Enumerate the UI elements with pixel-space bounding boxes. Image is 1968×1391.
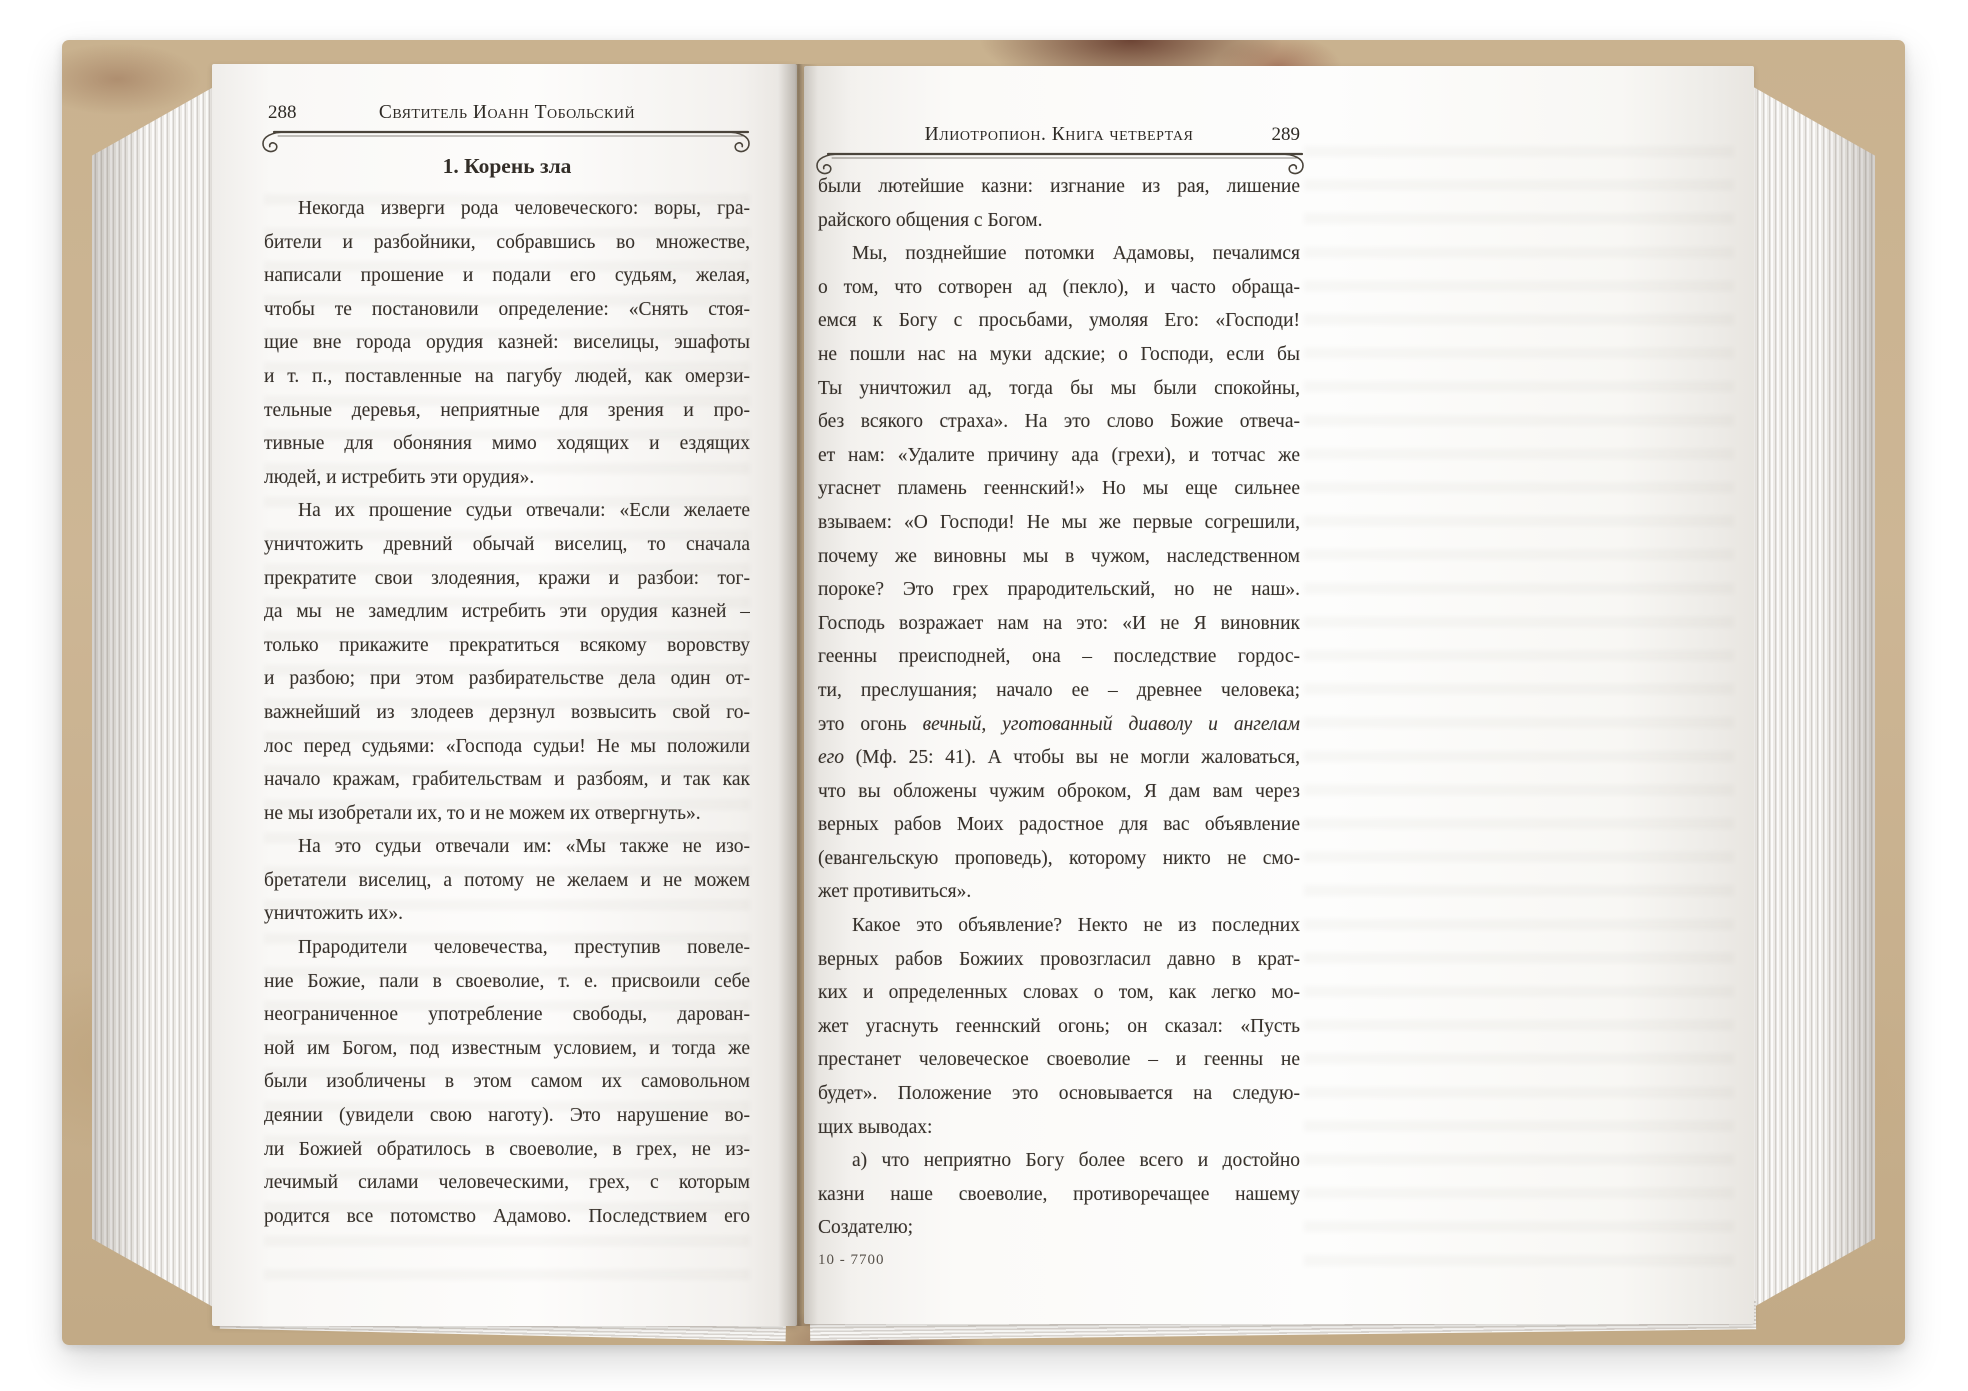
text-line: жет противиться». [818, 875, 1300, 909]
text-line: важнейший из злодеев дерзнул возвысить с… [264, 696, 750, 730]
paragraph: Прародители человечества, преступив пове… [264, 931, 750, 1233]
text-line: чтобы те постановили определение: «Снять… [264, 293, 750, 327]
paragraph: На их прошение судьи отвечали: «Если жел… [264, 494, 750, 830]
text-line: престанет человеческое своеволие – и гее… [818, 1043, 1300, 1077]
text-line: Какое это объявление? Некто не из послед… [818, 909, 1300, 943]
text-line: ние Божие, пали в своеволие, т. е. присв… [264, 965, 750, 999]
text-line: людей, и истребить эти орудия». [264, 461, 750, 495]
text-line: почему же виновны мы в чужом, наследстве… [818, 540, 1300, 574]
text-line: родится все потомство Адамово. Последств… [264, 1200, 750, 1234]
text-line: ти, преслушания; начало ее – древнее чел… [818, 674, 1300, 708]
text-line: ет нам: «Удалите причину ада (грехи), и … [818, 439, 1300, 473]
text-line: (евангельскую проповедь), которому никто… [818, 842, 1300, 876]
text-line: без всякого страха». На это слово Божие … [818, 405, 1300, 439]
text-line: Ты уничтожил ад, тогда бы мы были спокой… [818, 372, 1300, 406]
printer-signature-mark: 10 - 7700 [818, 1252, 885, 1269]
text-line: написали прошение и подали его судьям, ж… [264, 259, 750, 293]
page-number: 289 [1272, 122, 1301, 148]
text-line: и т. п., поставленные на пагубу людей, к… [264, 360, 750, 394]
text-line: что вы обложены чужим оброком, Я дам вам… [818, 775, 1300, 809]
text-line: да мы не замедлим истребить эти орудия к… [264, 595, 750, 629]
text-line: райского общения с Богом. [818, 204, 1300, 238]
text-line: На их прошение судьи отвечали: «Если жел… [264, 494, 750, 528]
text-line: бители и разбойники, собравшись во множе… [264, 226, 750, 260]
paragraph: Какое это объявление? Некто не из послед… [818, 909, 1300, 1144]
running-title: Илиотропион. Книга четвертая [818, 122, 1300, 148]
right-page: Илиотропион. Книга четвертая 289 были лю… [804, 66, 1754, 1324]
paragraph: а) что неприятно Богу более всего и дост… [818, 1144, 1300, 1245]
text-line: тивные для обоняния мимо ходящих и ездящ… [264, 427, 750, 461]
text-line: не пошли нас на муки адские; о Господи, … [818, 338, 1300, 372]
header-flourish-icon [256, 126, 756, 156]
text-line: лечимый силами человеческими, грех, с ко… [264, 1166, 750, 1200]
left-page: 288 Святитель Иоанн Тобольский 1. Корень… [212, 64, 797, 1326]
show-through-texture [1304, 146, 1734, 1266]
text-line: это огонь вечный, уготованный диаволу и … [818, 708, 1300, 742]
text-line: бретатели виселиц, а потому не желаем и … [264, 864, 750, 898]
text-line: Прародители человечества, преступив пове… [264, 931, 750, 965]
text-line: о том, что сотворен ад (пекло), и часто … [818, 271, 1300, 305]
running-title: Святитель Иоанн Тобольский [264, 100, 750, 126]
text-line: Создателю; [818, 1211, 1300, 1245]
text-line: верных рабов Моих радостное для вас объя… [818, 808, 1300, 842]
text-line: взываем: «О Господи! Не мы же первые сог… [818, 506, 1300, 540]
text-line: угаснет пламень гееннский!» Но мы еще си… [818, 472, 1300, 506]
text-line: и разбою; при этом разбирательстве дела … [264, 662, 750, 696]
text-line: На это судьи отвечали им: «Мы также не и… [264, 830, 750, 864]
text-line: уничтожить их». [264, 897, 750, 931]
text-line: верных рабов Божиих провозгласил давно в… [818, 943, 1300, 977]
text-line: казни наше своеволие, противоречащее наш… [818, 1178, 1300, 1212]
text-line: а) что неприятно Богу более всего и дост… [818, 1144, 1300, 1178]
text-line: были изобличены в этом самом их самоволь… [264, 1065, 750, 1099]
text-line: прекратите свои злодеяния, кражи и разбо… [264, 562, 750, 596]
text-line: жет угаснуть гееннский огонь; он сказал:… [818, 1010, 1300, 1044]
text-line: уничтожить древний обычай виселиц, то сн… [264, 528, 750, 562]
text-line: щие вне города орудия казней: виселицы, … [264, 326, 750, 360]
text-line: лос перед судьями: «Господа судьи! Не мы… [264, 730, 750, 764]
text-line: были лютейшие казни: изгнание из рая, ли… [818, 170, 1300, 204]
text-line: Мы, позднейшие потомки Адамовы, печалимс… [818, 237, 1300, 271]
paragraph: были лютейшие казни: изгнание из рая, ли… [818, 170, 1300, 237]
book: 288 Святитель Иоанн Тобольский 1. Корень… [62, 40, 1905, 1345]
chapter-heading: 1. Корень зла [264, 154, 750, 179]
text-line: геенны преисподней, она – последствие го… [818, 640, 1300, 674]
page-number: 288 [268, 100, 297, 126]
text-line: ной им Богом, под известным условием, и … [264, 1032, 750, 1066]
page-edges-left [92, 68, 214, 1320]
text-line: Господь возражает нам на это: «И не Я ви… [818, 607, 1300, 641]
text-line: будет». Положение это основывается на сл… [818, 1077, 1300, 1111]
text-line: только прикажите прекратиться всякому во… [264, 629, 750, 663]
text-line: ли Божией обратилось в своеволие, в грех… [264, 1133, 750, 1167]
right-text-column: были лютейшие казни: изгнание из рая, ли… [818, 170, 1300, 1245]
paragraph: Мы, позднейшие потомки Адамовы, печалимс… [818, 237, 1300, 909]
text-line: пороке? Это грех прародительский, но не … [818, 573, 1300, 607]
text-line: щих выводах: [818, 1111, 1300, 1145]
text-line: начало кражам, грабительствам и разбоям,… [264, 763, 750, 797]
left-text-column: Некогда изверги рода человеческого: воры… [264, 192, 750, 1233]
text-line: ких и определенных словах о том, как лег… [818, 976, 1300, 1010]
page-edges-right [1753, 68, 1875, 1320]
text-line: деянии (увидели свою наготу). Это наруше… [264, 1099, 750, 1133]
paragraph: На это судьи отвечали им: «Мы также не и… [264, 830, 750, 931]
page-header: Илиотропион. Книга четвертая 289 [818, 122, 1300, 148]
text-line: его (Мф. 25: 41). А чтобы вы не могли жа… [818, 741, 1300, 775]
text-line: неограниченное употребление свободы, дар… [264, 998, 750, 1032]
text-line: Некогда изверги рода человеческого: воры… [264, 192, 750, 226]
text-line: не мы изобретали их, то и не можем их от… [264, 797, 750, 831]
paragraph: Некогда изверги рода человеческого: воры… [264, 192, 750, 494]
text-line: емся к Богу с просьбами, умоляя Его: «Го… [818, 304, 1300, 338]
page-header: 288 Святитель Иоанн Тобольский [264, 100, 750, 126]
text-line: тельные деревья, неприятные для зрения и… [264, 394, 750, 428]
